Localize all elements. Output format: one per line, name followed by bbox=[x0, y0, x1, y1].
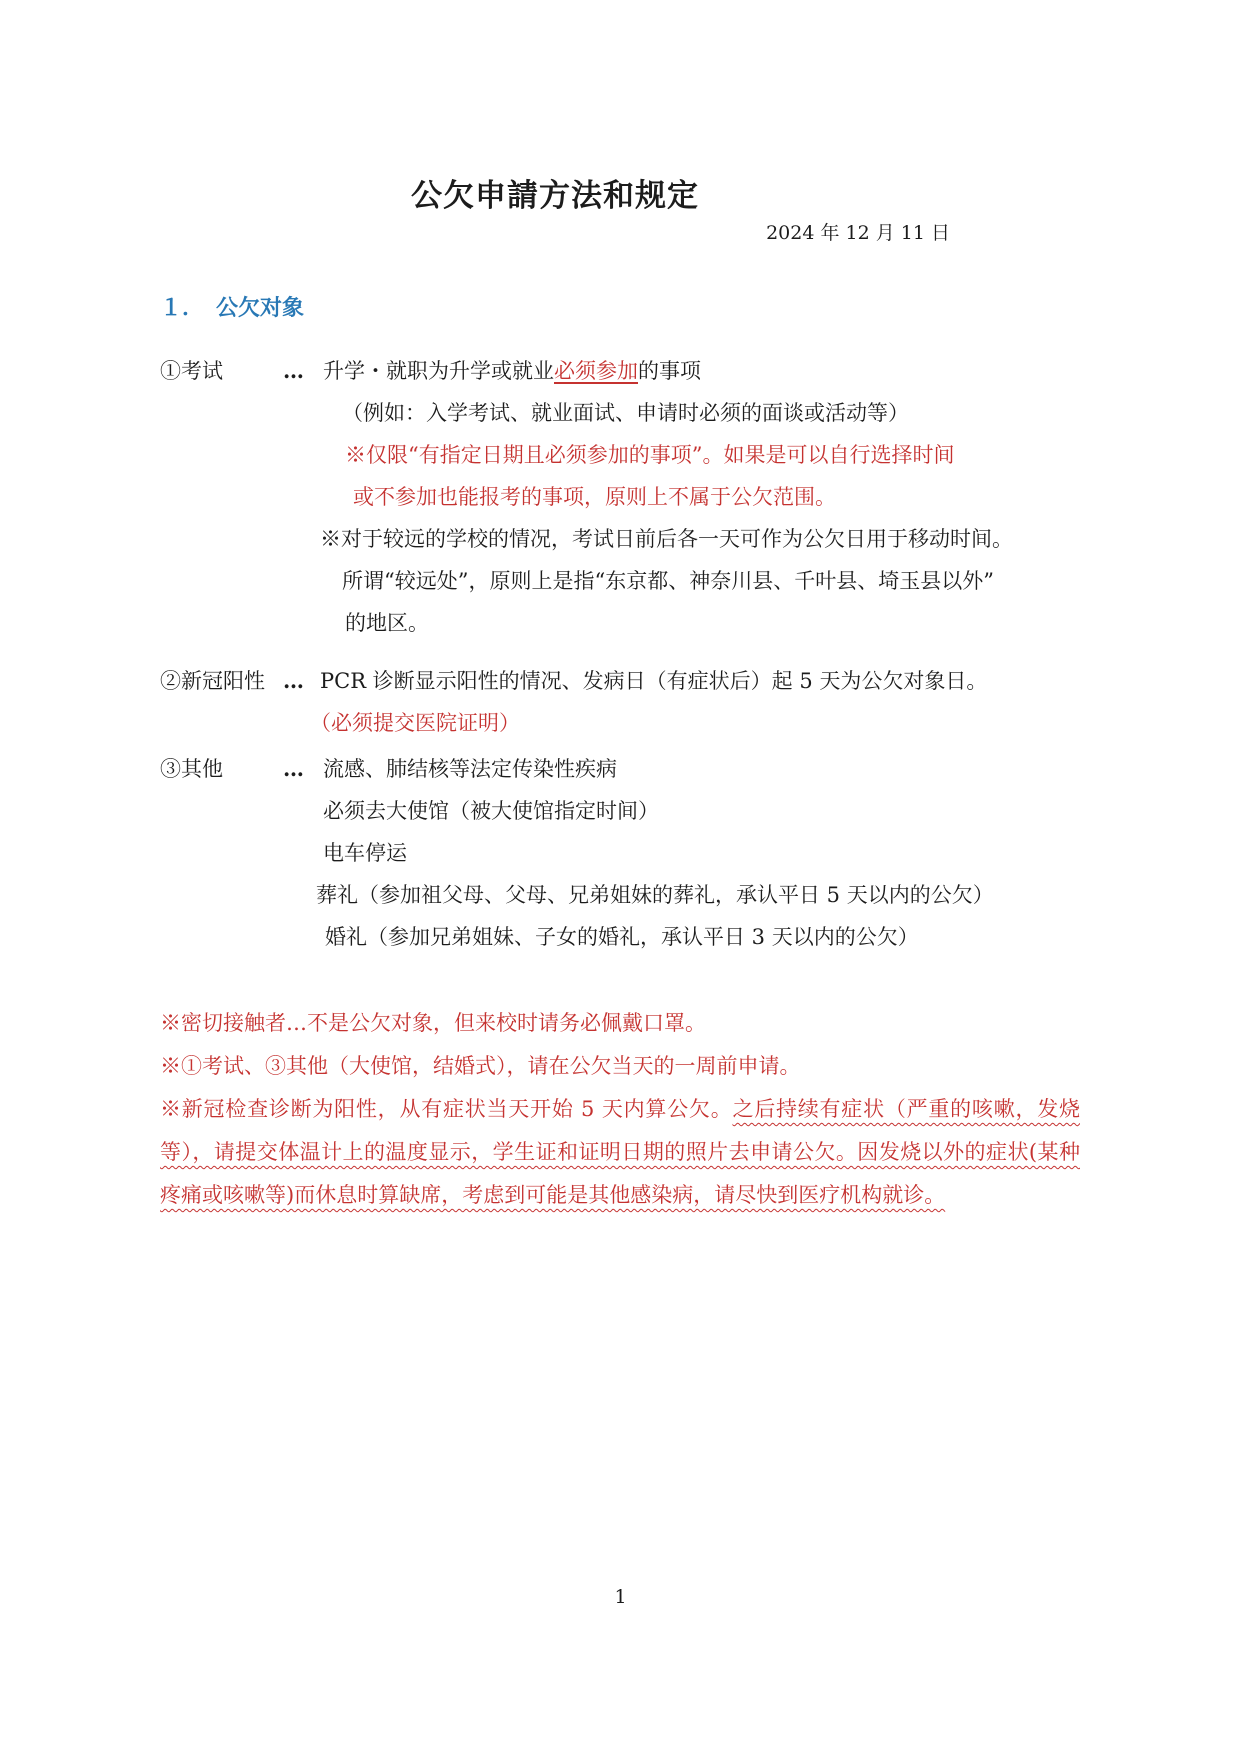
item-covid-positive-label: ②新冠阳性 bbox=[160, 660, 283, 702]
document-date: 2024 年 12 月 11 日 bbox=[160, 220, 950, 246]
item-list: ①考试 … 升学・就职为升学或就业必须参加的事项 （例如：入学考试、就业面试、申… bbox=[160, 350, 1080, 958]
item-covid-positive-line1: PCR 诊断显示阳性的情况、发病日（有症状后）起 5 天为公欠对象日。 bbox=[320, 660, 1080, 702]
item-exam-distance-note-line1: ※对于较远的学校的情况，考试日前后各一天可作为公欠日用于移动时间。 bbox=[320, 518, 1080, 560]
notes-block: ※密切接触者…不是公欠对象，但来校时请务必佩戴口罩。 ※①考试、③其他（大使馆，… bbox=[160, 1002, 1080, 1217]
page-number: 1 bbox=[0, 1586, 1241, 1608]
note-apply-one-week-before: ※①考试、③其他（大使馆，结婚式），请在公欠当天的一周前申请。 bbox=[160, 1045, 1080, 1088]
document-header: 公欠申請方法和规定 2024 年 12 月 11 日 bbox=[160, 0, 1080, 246]
note-covid-procedure: ※新冠检查诊断为阳性，从有症状当天开始 5 天内算公欠。之后持续有症状（严重的咳… bbox=[160, 1088, 1080, 1217]
item-other-line-train: 电车停运 bbox=[323, 832, 1080, 874]
item-exam-red-note-line2: 或不参加也能报考的事项，原则上不属于公欠范围。 bbox=[353, 476, 1080, 518]
item-covid-positive: ②新冠阳性 … PCR 诊断显示阳性的情况、发病日（有症状后）起 5 天为公欠对… bbox=[160, 660, 1080, 744]
item-exam-red-note-line1: ※仅限“有指定日期且必须参加的事项”。如果是可以自行选择时间 bbox=[345, 434, 1080, 476]
section-number: １． bbox=[160, 296, 204, 321]
item-other: ③其他 … 流感、肺结核等法定传染性疾病 必须去大使馆（被大使馆指定时间） 电车… bbox=[160, 748, 1080, 958]
item-exam-distance-note-line2: 所谓“较远处”，原则上是指“东京都、神奈川县、千叶县、埼玉县以外” bbox=[342, 560, 1080, 602]
item-exam-line1-post: 的事项 bbox=[638, 359, 701, 383]
item-exam-distance-note-line3: 的地区。 bbox=[345, 602, 1080, 644]
item-covid-positive-proof-note: （必须提交医院证明） bbox=[310, 702, 1080, 744]
item-covid-positive-ellipsis: … bbox=[283, 660, 320, 702]
item-exam: ①考试 … 升学・就职为升学或就业必须参加的事项 （例如：入学考试、就业面试、申… bbox=[160, 350, 1080, 644]
item-other-line-wedding: 婚礼（参加兄弟姐妹、子女的婚礼，承认平日 3 天以内的公欠） bbox=[325, 916, 1080, 958]
item-exam-ellipsis: … bbox=[283, 350, 320, 392]
section-heading: １．公欠对象 bbox=[160, 294, 1080, 324]
item-covid-positive-content: PCR 诊断显示阳性的情况、发病日（有症状后）起 5 天为公欠对象日。 （必须提… bbox=[320, 660, 1080, 744]
section-title: 公欠对象 bbox=[216, 296, 304, 321]
item-other-content: 流感、肺结核等法定传染性疾病 必须去大使馆（被大使馆指定时间） 电车停运 葬礼（… bbox=[320, 748, 1080, 958]
item-exam-example-line: （例如：入学考试、就业面试、申请时必须的面谈或活动等） bbox=[342, 392, 1080, 434]
item-exam-line1: 升学・就职为升学或就业必须参加的事项 bbox=[323, 350, 1080, 392]
item-other-ellipsis: … bbox=[283, 748, 320, 790]
note-close-contact: ※密切接触者…不是公欠对象，但来校时请务必佩戴口罩。 bbox=[160, 1002, 1080, 1045]
item-other-label: ③其他 bbox=[160, 748, 283, 790]
item-other-line-funeral: 葬礼（参加祖父母、父母、兄弟姐妹的葬礼，承认平日 5 天以内的公欠） bbox=[316, 874, 1080, 916]
note-covid-procedure-plain: ※新冠检查诊断为阳性，从有症状当天开始 5 天内算公欠。 bbox=[160, 1097, 732, 1121]
document-content: 公欠申請方法和规定 2024 年 12 月 11 日 １．公欠对象 ①考试 … … bbox=[0, 0, 1241, 1217]
item-exam-content: 升学・就职为升学或就业必须参加的事项 （例如：入学考试、就业面试、申请时必须的面… bbox=[320, 350, 1080, 644]
item-other-line-embassy: 必须去大使馆（被大使馆指定时间） bbox=[323, 790, 1080, 832]
document-page: 公欠申請方法和规定 2024 年 12 月 11 日 １．公欠对象 ①考试 … … bbox=[0, 0, 1241, 1755]
item-exam-line1-pre: 升学・就职为升学或就业 bbox=[323, 359, 554, 383]
document-title: 公欠申請方法和规定 bbox=[160, 0, 950, 216]
item-exam-label: ①考试 bbox=[160, 350, 283, 392]
item-other-line-infection: 流感、肺结核等法定传染性疾病 bbox=[323, 748, 1080, 790]
item-exam-line1-emphasis: 必须参加 bbox=[554, 359, 638, 383]
